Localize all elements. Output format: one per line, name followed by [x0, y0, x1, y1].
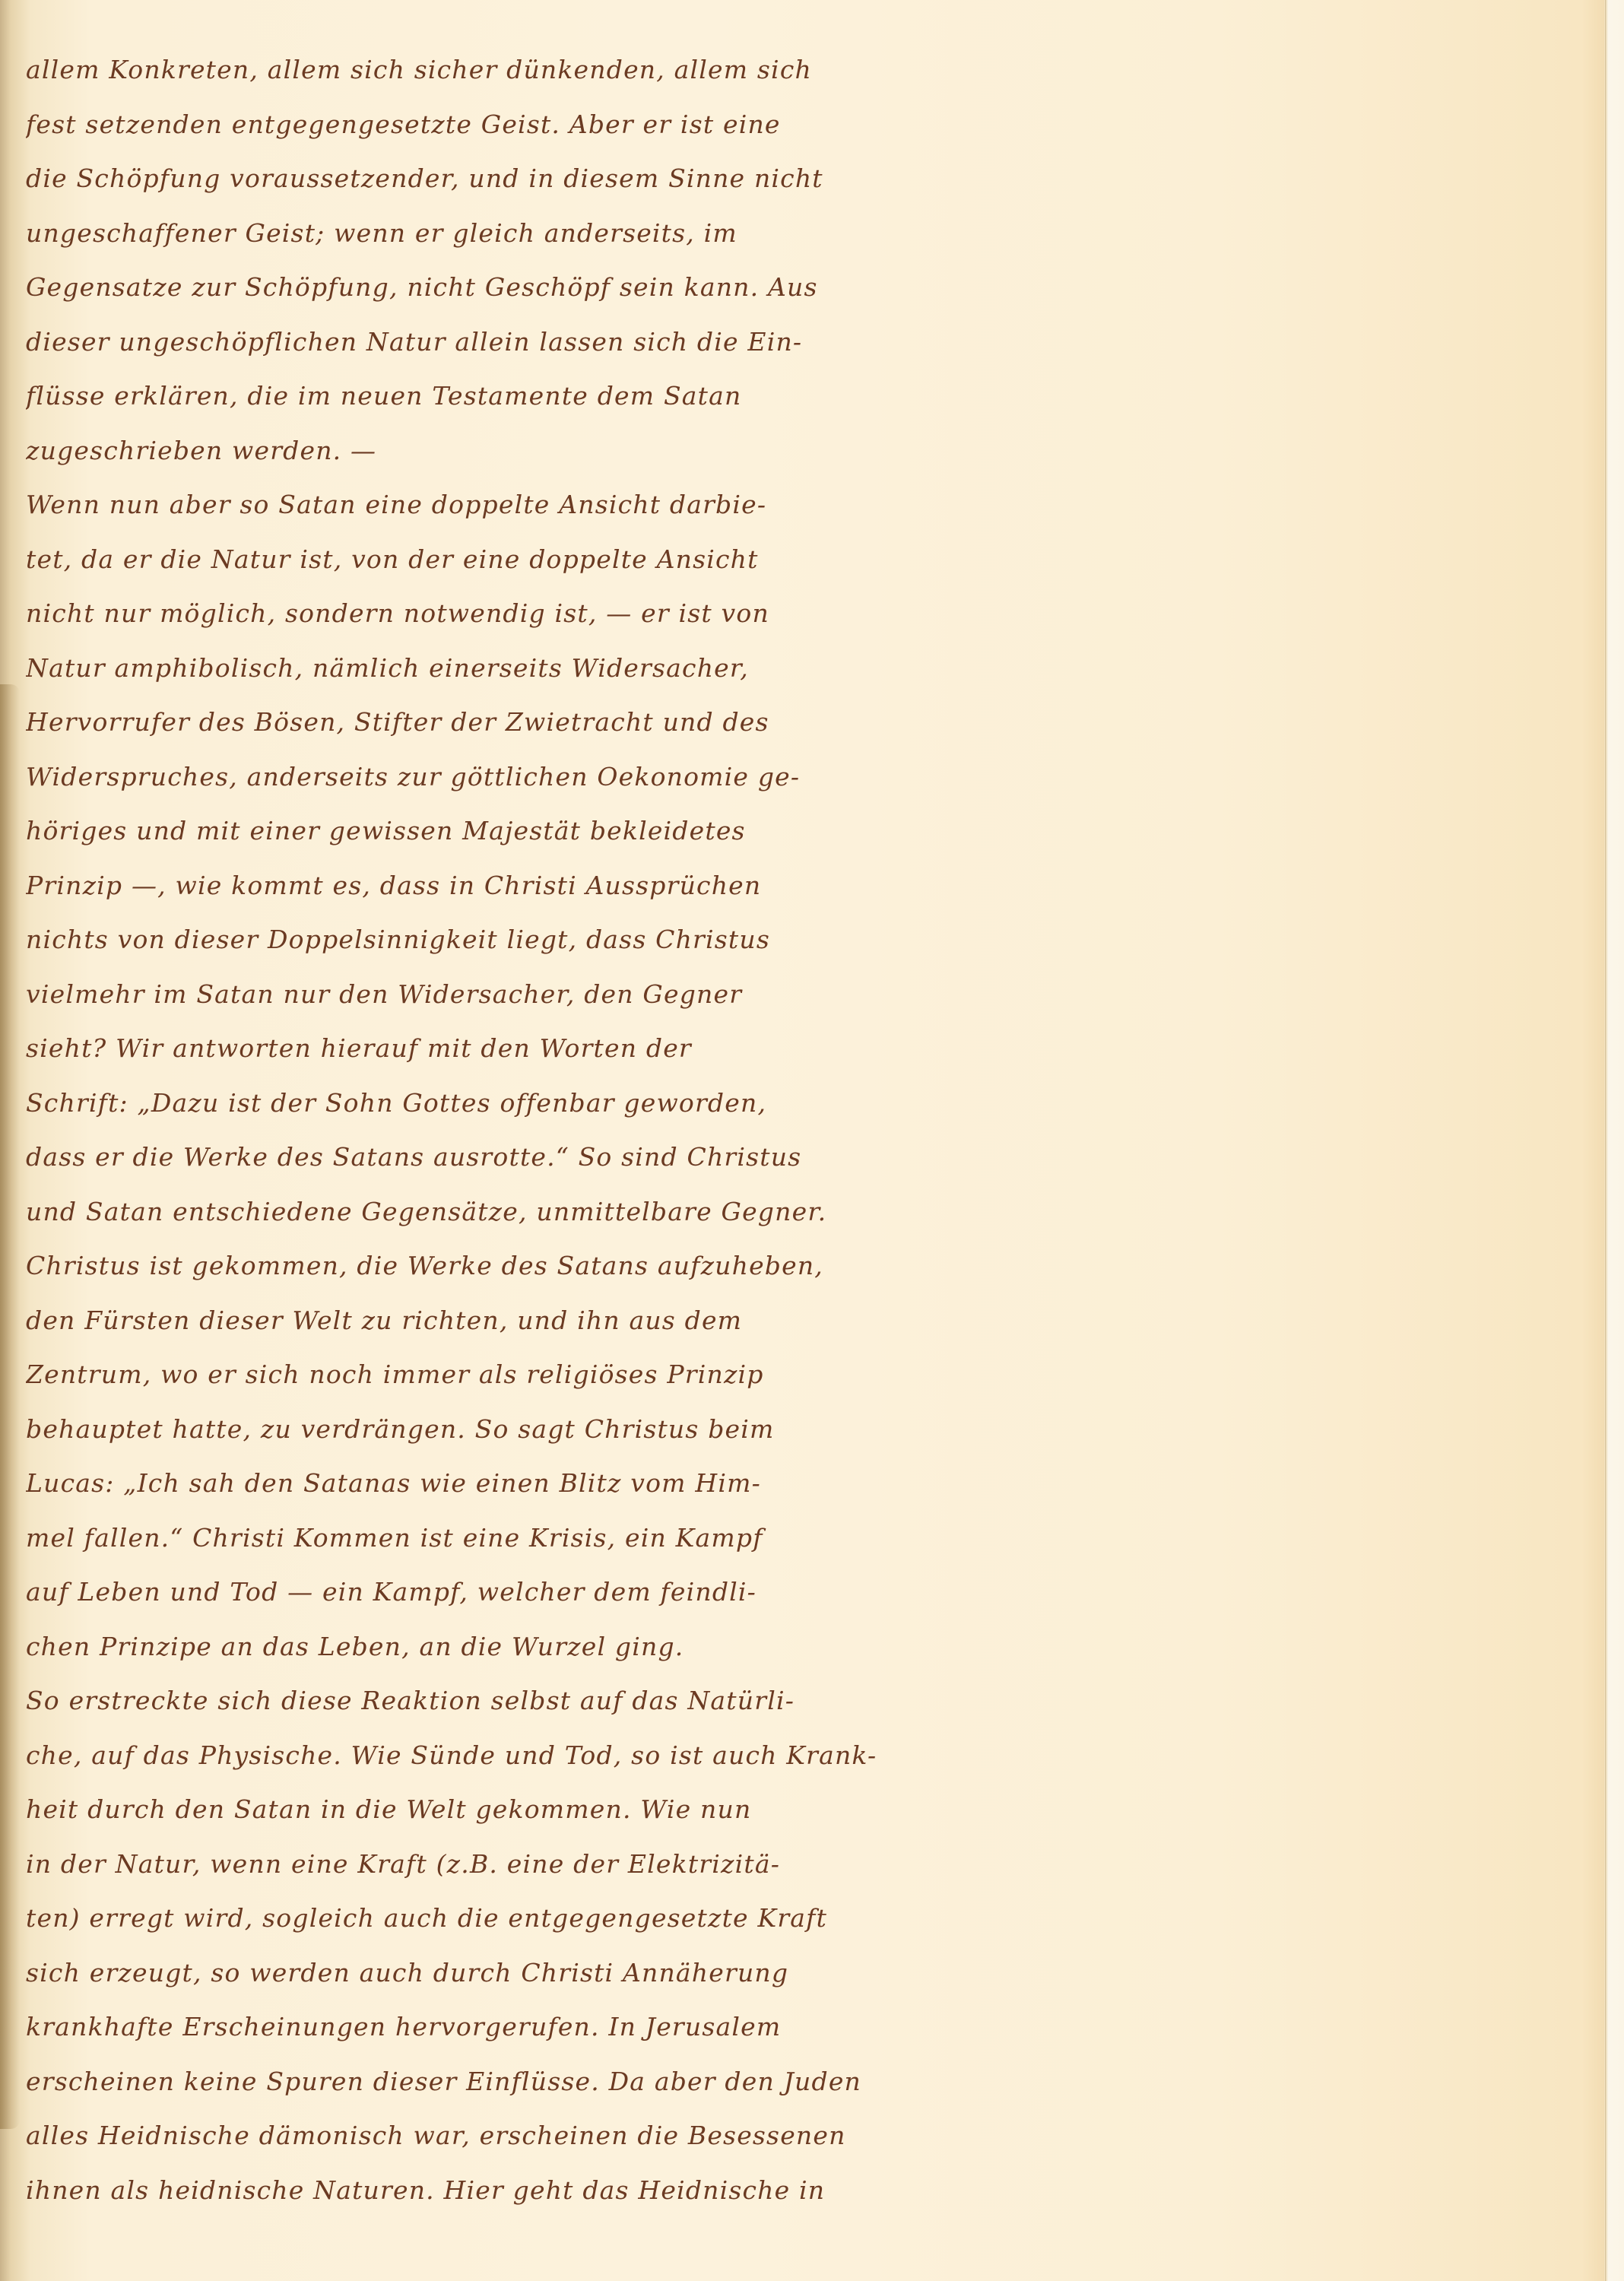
text-line: Widerspruches, anderseits zur göttlichen…: [26, 750, 885, 804]
text-line: sich erzeugt, so werden auch durch Chris…: [26, 1946, 885, 2000]
text-line: Prinzip —, wie kommt es, dass in Christi…: [26, 858, 885, 913]
text-line: dieser ungeschöpflichen Natur allein las…: [26, 315, 885, 370]
text-line: Zentrum, wo er sich noch immer als relig…: [26, 1347, 885, 1402]
text-line: Schrift: „Dazu ist der Sohn Gottes offen…: [26, 1076, 885, 1131]
text-line: allem Konkreten, allem sich sicher dünke…: [26, 43, 885, 97]
text-line: höriges und mit einer gewissen Majestät …: [26, 804, 885, 858]
text-line: Gegensatze zur Schöpfung, nicht Geschöpf…: [26, 260, 885, 315]
text-line: krankhafte Erscheinungen hervorgerufen. …: [26, 2000, 885, 2054]
text-line: sieht? Wir antworten hierauf mit den Wor…: [26, 1021, 885, 1076]
text-line: nicht nur möglich, sondern notwendig ist…: [26, 586, 885, 641]
text-line: flüsse erklären, die im neuen Testamente…: [26, 369, 885, 424]
text-line: ihnen als heidnische Naturen. Hier geht …: [26, 2163, 885, 2218]
paragraph-start-line: Wenn nun aber so Satan eine doppelte Ans…: [26, 477, 885, 532]
text-line: vielmehr im Satan nur den Widersacher, d…: [26, 967, 885, 1022]
text-line: dass er die Werke des Satans ausrotte.“ …: [26, 1130, 885, 1185]
text-line: erscheinen keine Spuren dieser Einflüsse…: [26, 2054, 885, 2109]
text-line: behauptet hatte, zu verdrängen. So sagt …: [26, 1402, 885, 1457]
page-gutter-stain: [0, 684, 20, 2129]
text-line: auf Leben und Tod — ein Kampf, welcher d…: [26, 1565, 885, 1620]
handwritten-text-block: allem Konkreten, allem sich sicher dünke…: [26, 43, 885, 2217]
text-line: fest setzenden entgegengesetzte Geist. A…: [26, 97, 885, 152]
manuscript-page: allem Konkreten, allem sich sicher dünke…: [0, 0, 1624, 2281]
text-line: den Fürsten dieser Welt zu richten, und …: [26, 1293, 885, 1348]
text-line: alles Heidnische dämonisch war, erschein…: [26, 2108, 885, 2163]
text-line: nichts von dieser Doppelsinnigkeit liegt…: [26, 912, 885, 967]
text-line: und Satan entschiedene Gegensätze, unmit…: [26, 1185, 885, 1239]
text-line: Lucas: „Ich sah den Satanas wie einen Bl…: [26, 1456, 885, 1511]
text-line: chen Prinzipe an das Leben, an die Wurze…: [26, 1620, 885, 1674]
text-line: ungeschaffener Geist; wenn er gleich and…: [26, 206, 885, 261]
text-line: Christus ist gekommen, die Werke des Sat…: [26, 1239, 885, 1293]
paragraph-start-line: So erstreckte sich diese Reaktion selbst…: [26, 1673, 885, 1728]
text-line: tet, da er die Natur ist, von der eine d…: [26, 532, 885, 587]
text-line: heit durch den Satan in die Welt gekomme…: [26, 1782, 885, 1837]
text-line: ten) erregt wird, sogleich auch die entg…: [26, 1891, 885, 1946]
text-line: die Schöpfung voraussetzender, und in di…: [26, 151, 885, 206]
text-line: in der Natur, wenn eine Kraft (z.B. eine…: [26, 1837, 885, 1892]
text-line: che, auf das Physische. Wie Sünde und To…: [26, 1728, 885, 1783]
text-line: zugeschrieben werden. —: [26, 424, 885, 478]
adjacent-page-edge: [1605, 0, 1624, 2281]
text-line: Hervorrufer des Bösen, Stifter der Zwiet…: [26, 695, 885, 750]
text-line: Natur amphibolisch, nämlich einerseits W…: [26, 641, 885, 696]
text-line: mel fallen.“ Christi Kommen ist eine Kri…: [26, 1511, 885, 1566]
